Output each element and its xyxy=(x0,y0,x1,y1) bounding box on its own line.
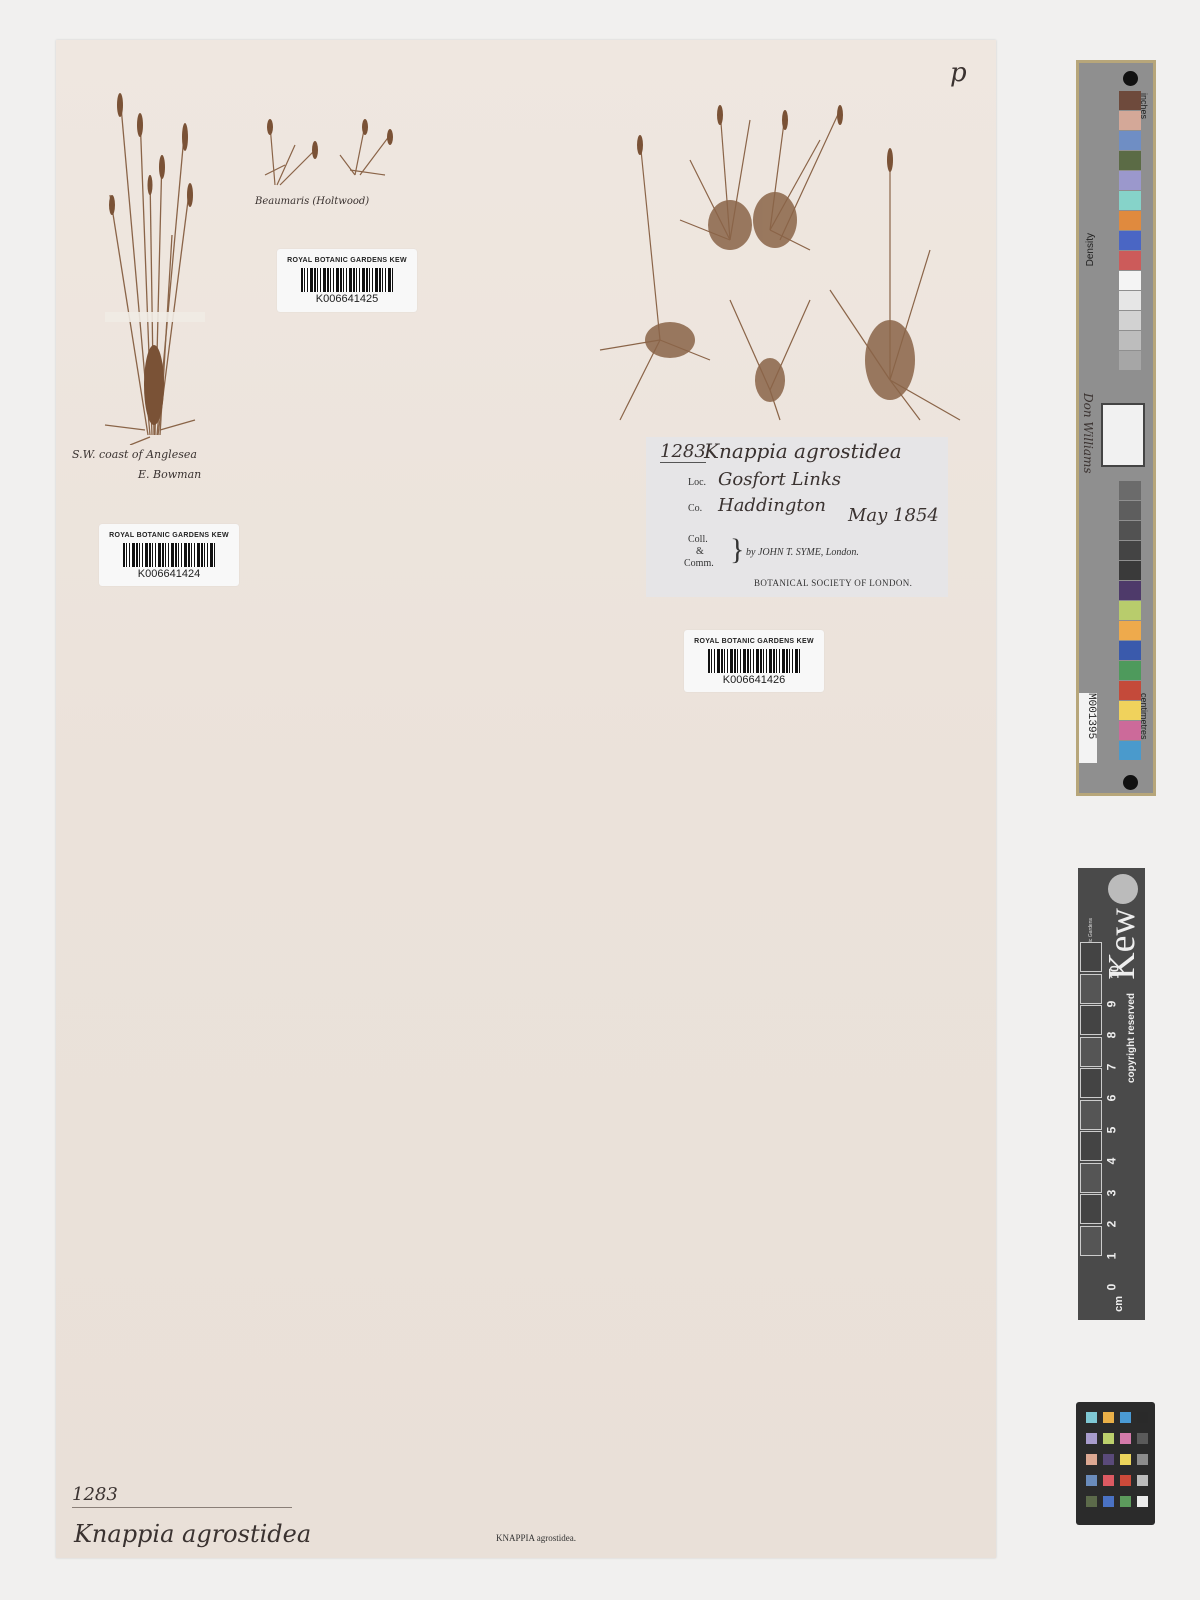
note-left-collector: E. Bowman xyxy=(138,468,201,481)
barcode-institution: ROYAL BOTANIC GARDENS KEW xyxy=(684,638,824,645)
checker-patch xyxy=(1137,1412,1148,1423)
collector: by JOHN T. SYME, London. xyxy=(746,547,859,558)
barcode-institution: ROYAL BOTANIC GARDENS KEW xyxy=(99,532,239,539)
checker-patch xyxy=(1120,1475,1131,1486)
color-swatch xyxy=(1119,701,1141,720)
checker-patch xyxy=(1120,1412,1131,1423)
checker-patch xyxy=(1103,1454,1114,1465)
barcode-label-k006641426: ROYAL BOTANIC GARDENS KEW K006641426 xyxy=(684,630,824,692)
cm-tick-label: 4 xyxy=(1104,1158,1118,1165)
cm-segment xyxy=(1080,974,1102,1004)
barcode-label-k006641425: ROYAL BOTANIC GARDENS KEW K006641425 xyxy=(277,249,417,312)
cm-tick-label: 1 xyxy=(1104,1252,1118,1259)
checker-patch xyxy=(1103,1496,1114,1507)
cm-tick-label: 0 xyxy=(1104,1284,1118,1291)
checker-patch xyxy=(1120,1454,1131,1465)
color-swatch xyxy=(1119,311,1141,330)
kew-crest-icon xyxy=(1108,874,1138,904)
cm-tick-label: 10 xyxy=(1108,965,1122,978)
cm-tick-label: 7 xyxy=(1104,1063,1118,1070)
label-number: 1283 xyxy=(660,441,706,463)
color-swatch xyxy=(1119,251,1141,270)
coll-label-2: & xyxy=(696,546,704,557)
kew-logo: Kew xyxy=(1100,908,1144,980)
color-swatch xyxy=(1119,681,1141,700)
color-swatch xyxy=(1119,111,1141,130)
checker-patch xyxy=(1103,1412,1114,1423)
checker-patch xyxy=(1086,1412,1097,1423)
color-swatch xyxy=(1119,541,1141,560)
color-swatch xyxy=(1119,521,1141,540)
checker-patch xyxy=(1137,1454,1148,1465)
loc-value: Gosfort Links xyxy=(718,469,841,490)
barcode-bars xyxy=(301,268,393,292)
color-swatch xyxy=(1119,291,1141,310)
color-swatch xyxy=(1119,741,1141,760)
checker-patch xyxy=(1086,1475,1097,1486)
loc-label: Loc. xyxy=(688,477,706,488)
color-checker-card xyxy=(1076,1402,1155,1525)
cm-segment xyxy=(1080,1194,1102,1224)
ruler-hole-bottom xyxy=(1123,775,1138,790)
label-species: Knappia agrostidea xyxy=(704,439,902,463)
coll-label-3: Comm. xyxy=(684,558,714,569)
co-label: Co. xyxy=(688,503,702,514)
checker-patch xyxy=(1137,1496,1148,1507)
color-swatch xyxy=(1119,171,1141,190)
checker-patch xyxy=(1137,1433,1148,1444)
cm-tick-label: 5 xyxy=(1104,1126,1118,1133)
note-left-locality: S.W. coast of Anglesea xyxy=(72,448,197,461)
corner-mark: p xyxy=(950,58,967,88)
checker-patch xyxy=(1086,1496,1097,1507)
color-swatch xyxy=(1119,91,1141,110)
color-swatch xyxy=(1119,721,1141,740)
ruler-hole-top xyxy=(1123,71,1138,86)
color-swatch xyxy=(1119,191,1141,210)
color-swatch xyxy=(1119,151,1141,170)
ruler-id: M001395 xyxy=(1079,693,1097,763)
gray-target xyxy=(1101,403,1145,467)
cm-segment xyxy=(1080,1037,1102,1067)
color-swatch xyxy=(1119,621,1141,640)
checker-patch xyxy=(1103,1433,1114,1444)
ruler-density-label: Density xyxy=(1085,233,1096,266)
society: BOTANICAL SOCIETY OF LONDON. xyxy=(754,578,912,588)
checker-patch xyxy=(1103,1475,1114,1486)
color-swatch xyxy=(1119,601,1141,620)
cm-segment xyxy=(1080,1163,1102,1193)
barcode-bars xyxy=(123,543,215,567)
cm-segment xyxy=(1080,1068,1102,1098)
cm-segment xyxy=(1080,1131,1102,1161)
color-swatch xyxy=(1119,561,1141,580)
barcode-number: K006641426 xyxy=(684,674,824,686)
printed-species-name: KNAPPIA agrostidea. xyxy=(496,1533,576,1543)
plant-specimen-top xyxy=(255,115,405,190)
kew-unit: cm xyxy=(1113,1296,1125,1312)
color-calibration-ruler: inches Density Don Williams M001395 cent… xyxy=(1076,60,1156,796)
bottom-number: 1283 xyxy=(72,1484,118,1505)
checker-patch xyxy=(1120,1496,1131,1507)
color-swatch xyxy=(1119,211,1141,230)
color-swatch xyxy=(1119,661,1141,680)
cm-tick-label: 2 xyxy=(1104,1221,1118,1228)
checker-patch xyxy=(1120,1433,1131,1444)
date: May 1854 xyxy=(848,505,939,526)
bracket: } xyxy=(730,533,744,567)
cm-tick-label: 6 xyxy=(1104,1095,1118,1102)
barcode-bars xyxy=(708,649,800,673)
plant-specimen-right xyxy=(580,100,980,440)
cm-tick-label: 3 xyxy=(1104,1189,1118,1196)
color-swatch xyxy=(1119,481,1141,500)
barcode-institution: ROYAL BOTANIC GARDENS KEW xyxy=(277,257,417,264)
checker-patch xyxy=(1086,1454,1097,1465)
color-swatch xyxy=(1119,501,1141,520)
ruler-brand: Don Williams xyxy=(1081,393,1095,474)
divider-line xyxy=(72,1507,292,1508)
barcode-number: K006641425 xyxy=(277,293,417,305)
kew-scale-bar: Kew Royal Botanic Gardens copyright rese… xyxy=(1078,868,1145,1320)
checker-patch xyxy=(1137,1475,1148,1486)
note-top: Beaumaris (Holtwood) xyxy=(255,196,369,207)
plant-specimen-left xyxy=(100,85,210,445)
bottom-species: Knappia agrostidea xyxy=(74,1520,311,1548)
co-value: Haddington xyxy=(718,495,826,516)
kew-copyright: copyright reserved xyxy=(1126,993,1137,1083)
barcode-number: K006641424 xyxy=(99,568,239,580)
cm-segment xyxy=(1080,1100,1102,1130)
botanical-society-label: 1283 Knappia agrostidea Loc. Gosfort Lin… xyxy=(646,437,948,597)
color-swatch xyxy=(1119,331,1141,350)
color-swatch xyxy=(1119,641,1141,660)
cm-tick-label: 9 xyxy=(1104,1000,1118,1007)
color-swatch xyxy=(1119,271,1141,290)
color-swatch xyxy=(1119,351,1141,370)
color-swatch xyxy=(1119,581,1141,600)
cm-tick-label: 8 xyxy=(1104,1032,1118,1039)
color-swatch xyxy=(1119,131,1141,150)
cm-segment xyxy=(1080,1226,1102,1256)
coll-label-1: Coll. xyxy=(688,534,708,545)
barcode-label-k006641424: ROYAL BOTANIC GARDENS KEW K006641424 xyxy=(99,524,239,586)
color-swatch xyxy=(1119,231,1141,250)
cm-segment xyxy=(1080,1005,1102,1035)
tape-strip xyxy=(105,312,205,322)
checker-patch xyxy=(1086,1433,1097,1444)
cm-segment xyxy=(1080,942,1102,972)
